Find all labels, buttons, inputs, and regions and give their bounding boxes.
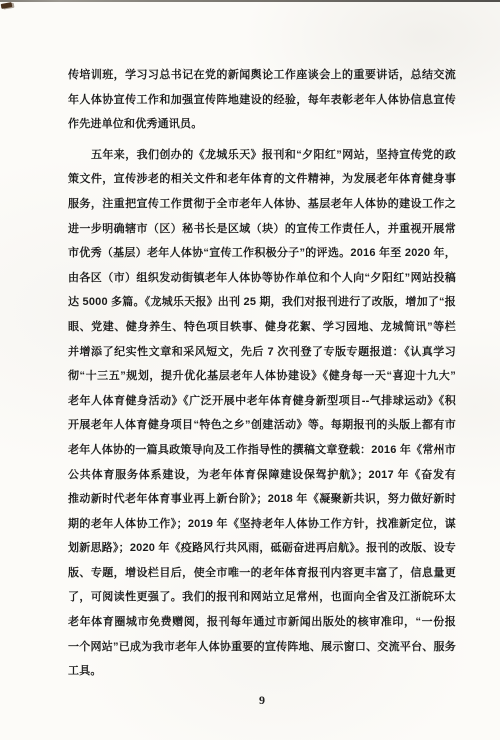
text-line: 由各区（市）组织发动街镇老年人体协等协作单位和个人向“夕阳红”网站投稿	[68, 266, 456, 291]
text-line: 传培训班，学习习总书记在党的新闻舆论工作座谈会上的重要讲话，总结交流老	[68, 63, 456, 88]
text-line: 公共体育服务体系建设，为老年体育保障建设保驾护航》；2017 年《奋发有为，	[68, 463, 456, 488]
text-line: 作先进单位和优秀通讯员。	[68, 112, 456, 137]
text-line: 年人体协宣传工作和加强宣传阵地建设的经验，每年表彰老年人体协信息宣传工	[68, 88, 456, 113]
text-line: 五年来，我们创办的《龙城乐天》报刊和“夕阳红”网站，坚持宣传党的政	[68, 143, 456, 168]
text-line: 版、专题，增设栏目后，使全市唯一的老年体育报刊内容更丰富了，信息量更大	[68, 561, 456, 586]
document-body: 传培训班，学习习总书记在党的新闻舆论工作座谈会上的重要讲话，总结交流老年人体协宣…	[68, 63, 456, 684]
text-line: 老年体育圈城市免费赠阅，报刊每年通过市新闻出版处的核审准印，“一份报刊、	[68, 610, 456, 635]
paragraph: 五年来，我们创办的《龙城乐天》报刊和“夕阳红”网站，坚持宣传党的政策文件，宣传涉…	[68, 143, 456, 684]
text-line: 划新思路》；2020 年《疫路风行共风雨，砥砺奋进再启航》。报刊的改版、设专	[68, 536, 456, 561]
text-line: 达 5000 多篇。《龙城乐天报》出刊 25 期，我们对报刊进行了改版，增加了“…	[68, 290, 456, 315]
text-line: 开展老年人体育健身项目“特色之乡”创建活动》等。每期报刊的头版上都有市	[68, 413, 456, 438]
paragraph: 传培训班，学习习总书记在党的新闻舆论工作座谈会上的重要讲话，总结交流老年人体协宣…	[68, 63, 456, 137]
scanned-document-page: 传培训班，学习习总书记在党的新闻舆论工作座谈会上的重要讲话，总结交流老年人体协宣…	[0, 0, 500, 740]
text-line: 策文件，宣传涉老的相关文件和老年体育的文件精神，为发展老年体育健身事业	[68, 167, 456, 192]
text-line: 工具。	[68, 659, 456, 684]
text-line: 老年人体育健身活动》《广泛开展中老年体育健身新型项目--气排球运动》《积极	[68, 389, 456, 414]
text-line: 推动新时代老年体育事业再上新台阶》；2018 年《凝聚新共识，努力做好新时	[68, 487, 456, 512]
text-line: 了，可阅读性更强了。我们的报刊和网站立足常州，也面向全省及江浙皖环太湖	[68, 585, 456, 610]
scan-edge-artifact	[0, 0, 500, 2]
text-line: 进一步明确辖市（区）秘书长是区域（块）的宣传工作责任人，并重视开展常州	[68, 217, 456, 242]
page-number: 9	[68, 693, 456, 708]
text-line: 彻“十三五”规划，提升优化基层老年人体协建设》《健身每一天“喜迎十九大”	[68, 364, 456, 389]
text-line: 市优秀（基层）老年人体协“宣传工作积极分子”的评选。2016 年至 2020 年…	[68, 241, 456, 266]
text-line: 并增添了纪实性文章和采风短文，先后 7 次刊登了专版专题报道：《认真学习贯	[68, 340, 456, 365]
text-line: 一个网站”已成为我市老年人体协重要的宣传阵地、展示窗口、交流平台、服务	[68, 635, 456, 660]
text-line: 眼、党建、健身养生、特色项目轶事、健身花絮、学习园地、龙城简讯”等栏目，	[68, 315, 456, 340]
text-line: 服务，注重把宣传工作贯彻于全市老年人体协、基层老年人体协的建设工作之中，	[68, 192, 456, 217]
scan-corner-smudge	[1, 2, 13, 9]
text-line: 期的老年人体协工作》；2019 年《坚持老年人体协工作方针，找准新定位，谋	[68, 512, 456, 537]
text-line: 老年人体协的一篇具政策导向及工作指导性的撰稿文章登载：2016 年《常州市	[68, 438, 456, 463]
